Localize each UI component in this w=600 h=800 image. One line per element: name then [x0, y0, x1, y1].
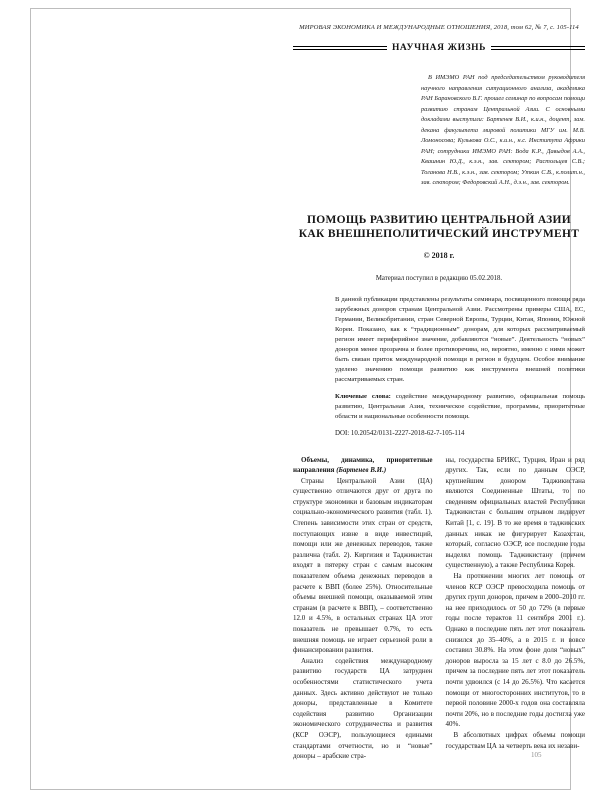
article-title: ПОМОЩЬ РАЗВИТИЮ ЦЕНТРАЛЬНОЙ АЗИИ КАК ВНЕ…: [293, 213, 585, 242]
body-paragraph: В абсолютных цифрах объемы помощи госуда…: [446, 730, 586, 751]
copyright-line: © 2018 г.: [293, 251, 585, 260]
section-heading-author: (Бартенев В.И.): [336, 466, 386, 474]
body-columns: Объемы, динамика, приоритетные направлен…: [293, 455, 585, 762]
keywords-label: Ключевые слова:: [335, 393, 391, 400]
page-number: 105: [531, 751, 542, 759]
section-heading: Объемы, динамика, приоритетные направлен…: [293, 455, 433, 476]
double-rule-left: [293, 46, 387, 50]
keywords-paragraph: Ключевые слова: содействие международном…: [335, 392, 585, 422]
journal-running-head: МИРОВАЯ ЭКОНОМИКА И МЕЖДУНАРОДНЫЕ ОТНОШЕ…: [293, 24, 585, 31]
section-banner-title: НАУЧНАЯ ЖИЗНЬ: [392, 43, 486, 53]
doi-line: DOI: 10.20542/0131-2227-2018-62-7-105-11…: [335, 430, 585, 437]
body-paragraph: На протяжении многих лет помощь от члено…: [446, 571, 586, 730]
right-column: ны, государства БРИКС, Турция, Иран и ря…: [446, 455, 586, 762]
article-title-line2: КАК ВНЕШНЕПОЛИТИЧЕСКИЙ ИНСТРУМЕНТ: [299, 228, 579, 240]
body-paragraph: ны, государства БРИКС, Турция, Иран и ря…: [446, 455, 586, 572]
article-content: МИРОВАЯ ЭКОНОМИКА И МЕЖДУНАРОДНЫЕ ОТНОШЕ…: [293, 24, 585, 762]
abstract-block: В данной публикации представлены результ…: [335, 295, 585, 437]
received-date-line: Материал поступил в редакцию 05.02.2018.: [293, 275, 585, 282]
seminar-preamble: В ИМЭМО РАН под председательством руково…: [421, 73, 585, 189]
body-paragraph: Страны Центральной Азии (ЦА) существенно…: [293, 476, 433, 656]
double-rule-right: [491, 46, 585, 50]
body-paragraph: Анализ содействия международному развити…: [293, 656, 433, 762]
left-column: Объемы, динамика, приоритетные направлен…: [293, 455, 433, 762]
abstract-text: В данной публикации представлены результ…: [335, 295, 585, 385]
article-title-line1: ПОМОЩЬ РАЗВИТИЮ ЦЕНТРАЛЬНОЙ АЗИИ: [307, 214, 571, 226]
section-banner: НАУЧНАЯ ЖИЗНЬ: [293, 43, 585, 53]
